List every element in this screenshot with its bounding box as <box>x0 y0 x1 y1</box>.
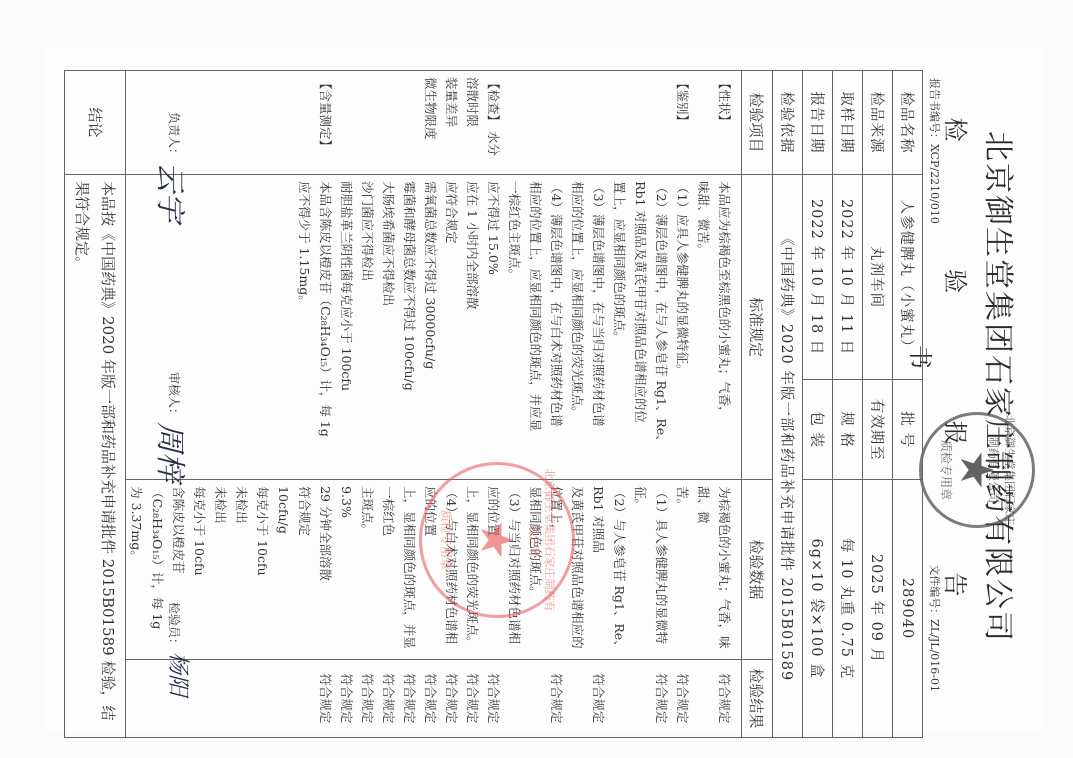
packaging: 6g×10 袋×100 盒 <box>802 480 832 738</box>
inspection-item <box>693 77 714 168</box>
inspector-signature: 检验员： <box>166 602 183 650</box>
result-line <box>504 666 525 731</box>
standard-line: 霉菌和酵母菌总数应不得过 100cfu/g <box>399 181 420 473</box>
inspection-item: 溶散时限 <box>462 77 483 168</box>
standard-line: 应在 1 小时内全部溶散 <box>462 181 483 473</box>
expiry-date: 2025 年 09 月 <box>862 480 892 738</box>
column-data: 检验数据 <box>741 480 772 660</box>
result-line: 符合规定 <box>420 666 441 731</box>
inspection-item <box>567 77 588 168</box>
inspection-item: 微生物限度 <box>420 77 441 168</box>
standard-line: 应符合规定 <box>441 181 462 473</box>
report-page: 北京御生堂集团石家庄制药有限公司 检 验 报 告 书 报告书编号：XCP/221… <box>45 42 1045 732</box>
inspection-item <box>630 77 651 168</box>
standard-line: 耐胆盐革兰阴性菌每克应小于 100cfu <box>336 181 357 473</box>
standard-line: （1）应具人参健脾丸的显微特征。 <box>672 181 693 473</box>
product-name: 人参健脾丸（小蜜丸） <box>892 175 922 380</box>
column-result: 检验结果 <box>741 659 772 737</box>
inspection-item <box>651 77 672 168</box>
data-line: 29 分钟全部溶散 <box>315 486 336 653</box>
result-line: 符合规定 <box>441 666 462 731</box>
result-line <box>294 666 315 731</box>
result-line: 符合规定 <box>483 666 504 731</box>
result-line: 符合规定 <box>378 666 399 731</box>
result-line: 符合规定 <box>651 666 672 731</box>
result-line: 符合规定 <box>546 666 567 731</box>
inspection-item: 【性状】 <box>714 77 735 168</box>
standard-line: （3）薄层色谱图中，在与当归对照药材色谱 <box>588 181 609 473</box>
data-line: 上，显相同颜色的斑点，并显一棕红色 <box>378 486 420 653</box>
reviewer-handwritten-signature-icon: 周梓 <box>151 422 195 482</box>
file-number: 文件编号：ZL/JL/016-01 <box>927 564 943 692</box>
product-source: 丸剂车间 <box>862 175 892 380</box>
data-line: 苦。 <box>672 486 693 653</box>
responsible-signature: 负责人： <box>166 112 183 160</box>
standard-line: （4）薄层色谱图中，在与白术对照药材色谱 <box>546 181 567 473</box>
inspection-item <box>525 77 546 168</box>
company-name: 北京御生堂集团石家庄制药有限公司 <box>979 42 1023 732</box>
inspection-basis: 《中国药典》2020 年版一部和药品补充申请批件 2015B01589 <box>772 175 802 738</box>
column-header-row: 检验项目 标准规定 检验数据 检验结果 <box>741 71 772 738</box>
inspection-item: 【鉴别】 <box>672 77 693 168</box>
inspector-handwritten-signature-icon: 杨阳 <box>164 652 195 696</box>
result-line: 符合规定 <box>357 666 378 731</box>
inspection-item: 装量差异 <box>441 77 462 168</box>
result-line: 符合规定 <box>588 666 609 731</box>
inspection-item: 【含量测定】 <box>315 77 336 168</box>
header-row-source: 检品来源 丸剂车间 有效期至 2025 年 09 月 <box>862 71 892 738</box>
inspection-item <box>546 77 567 168</box>
result-line <box>609 666 630 731</box>
data-line: 每克小于 10cfu <box>189 486 210 653</box>
result-line: 符合规定 <box>462 666 483 731</box>
responsible-handwritten-signature-icon: 云宇 <box>151 162 195 222</box>
data-line: 主斑点。 <box>357 486 378 653</box>
inspection-body-row: 【性状】 【鉴别】 【检查】 水分溶散时限装量差异微生物限度 【含量测定】 本品… <box>125 71 741 738</box>
header-row-report: 报告日期 2022 年 10 月 18 日 包 装 6g×10 袋×100 盒 <box>802 71 832 738</box>
inspection-item <box>357 77 378 168</box>
column-standard: 标准规定 <box>741 175 772 480</box>
result-line: 符合规定 <box>399 666 420 731</box>
data-line: 9.3% <box>336 486 357 653</box>
result-line: 符合规定 <box>672 666 693 731</box>
standard-line: 需氧菌总数应不得过 30000cfu/g <box>420 181 441 473</box>
column-item: 检验项目 <box>741 71 772 175</box>
inspection-item <box>588 77 609 168</box>
report-number: 报告书编号：XCP/2210/010 <box>927 78 943 224</box>
data-line: （2）与人参皂苷 Rg1、Re、Rb1 对照品 <box>588 486 630 653</box>
inspection-items: 【性状】 【鉴别】 【检查】 水分溶散时限装量差异微生物限度 【含量测定】 <box>125 71 741 175</box>
inspection-item <box>609 77 630 168</box>
data-line: 10cfu/g <box>273 486 294 653</box>
standard-line: 置上，应显相同颜色的斑点。 <box>609 181 630 473</box>
data-line: 为棕褐色的小蜜丸；气香，味甜、微 <box>693 486 735 653</box>
header-row-product: 检品名称 人参健脾丸（小蜜丸） 批 号 289040 <box>892 71 922 738</box>
quality-inspection-stamp-icon: 北京御生堂集团石家庄制药有限公司 ★ 质检专用章 <box>919 412 1035 528</box>
standard-requirements: 本品应为棕褐色至棕黑色的小蜜丸；气香，味甜、微苦。（1）应具人参健脾丸的显微特征… <box>125 175 741 480</box>
sampling-date: 2022 年 10 月 11 日 <box>832 175 862 380</box>
header-row-sampling: 取样日期 2022 年 10 月 11 日 规 格 每 10 丸重 0.75 克 <box>832 71 862 738</box>
standard-line: 本品应为棕褐色至棕黑色的小蜜丸；气香， <box>714 181 735 473</box>
inspection-item: 【检查】 水分 <box>483 77 504 168</box>
result-line <box>630 666 651 731</box>
data-line: 未检出 <box>210 486 231 653</box>
standard-line: Rb1 对照品及黄芪甲苷对照品色谱相应的位 <box>630 181 651 473</box>
conclusion-text: 本品按《中国药典》2020 年版一部和药品补充申请批件 2015B01589 检… <box>64 175 125 738</box>
data-line: （1）具人参健脾丸的显微特征。 <box>630 486 672 653</box>
standard-line: 相应的位置上，应显相同颜色的斑点，并应显 <box>525 181 546 473</box>
data-line: 未检出 <box>231 486 252 653</box>
data-line: 符合规定 <box>294 486 315 653</box>
inspection-item <box>336 77 357 168</box>
specification: 每 10 丸重 0.75 克 <box>832 480 862 738</box>
result-line <box>525 666 546 731</box>
standard-line: 本品含陈皮以橙皮苷（C₂₈H₃₄O₁₅）计，每 1g <box>315 181 336 473</box>
standard-line: （2）薄层色谱图中，在与人参皂苷 Rg1、Re、 <box>651 181 672 473</box>
inspection-results: 符合规定 符合规定符合规定 符合规定 符合规定 符合规定符合规定符合规定符合规定… <box>125 659 741 737</box>
inspection-item <box>294 77 315 168</box>
inspection-item <box>378 77 399 168</box>
inspection-item <box>399 77 420 168</box>
batch-number: 289040 <box>892 480 922 738</box>
report-date: 2022 年 10 月 18 日 <box>802 175 832 380</box>
standard-line: 味甜、微苦。 <box>693 181 714 473</box>
red-inspection-stamp-icon: 北京御生堂集团石家庄制药有限公司 ★ 质检专用章 <box>419 462 575 618</box>
result-line: 符合规定 <box>336 666 357 731</box>
result-line: 符合规定 <box>714 666 735 731</box>
inspection-item <box>504 77 525 168</box>
standard-line: 应不得少于 1.15mg。 <box>294 181 315 473</box>
data-line: 每克小于 10cfu <box>252 486 273 653</box>
standard-line: 大肠埃希菌应不得检出 <box>378 181 399 473</box>
standard-line: 沙门菌应不得检出 <box>357 181 378 473</box>
conclusion-label: 结论 <box>64 71 125 175</box>
data-line: 为 3.37mg。 <box>126 486 147 653</box>
result-line: 符合规定 <box>315 666 336 731</box>
reviewer-signature: 审核人： <box>166 372 183 420</box>
result-line <box>693 666 714 731</box>
conclusion-row: 结论 本品按《中国药典》2020 年版一部和药品补充申请批件 2015B0158… <box>64 71 125 738</box>
standard-line: 应不得过 15.0% <box>483 181 504 473</box>
result-line <box>567 666 588 731</box>
standard-line: 相应的位置上，应显相同颜色的荧光斑点。 <box>567 181 588 473</box>
basis-row: 检验依据 《中国药典》2020 年版一部和药品补充申请批件 2015B01589 <box>772 71 802 738</box>
standard-line: 一棕红色主斑点。 <box>504 181 525 473</box>
